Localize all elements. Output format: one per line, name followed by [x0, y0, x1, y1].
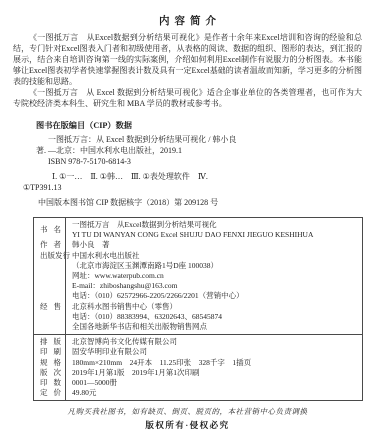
- row-label-char: 售: [54, 302, 62, 312]
- row-label-char: 版: [40, 368, 48, 378]
- row-label-char: 价: [54, 388, 62, 398]
- cip-line: Ⅰ. ①一… Ⅱ. ①韩… Ⅲ. ①表处理软件 Ⅳ.: [52, 171, 357, 182]
- content-line: 北京科水图书销售中心（零售）: [72, 302, 362, 312]
- content-line: （北京市海淀区玉渊潭南路1号D座 100038）: [72, 261, 362, 271]
- copyright-statement: 版权所有·侵权必究: [0, 419, 375, 431]
- row-label-char: 排: [40, 337, 48, 347]
- row-label-char: 定: [40, 388, 48, 398]
- cip-line: 一图抵万言：从 Excel 数据到分析结果可视化 / 韩小良: [48, 134, 357, 145]
- row-label-char: 数: [54, 378, 62, 388]
- row-label-char: 名: [54, 225, 62, 235]
- row-label: 规格: [34, 358, 65, 368]
- content-line: 一图抵万言 从Excel数据到分析结果可视化: [72, 220, 362, 230]
- content-line: E-mail：zhiboshangshu@163.com: [72, 281, 362, 291]
- table-group: 排版北京智博尚书文化传媒有限公司印刷固安华明印业有限公司规格180mm×210m…: [34, 334, 362, 400]
- row-label-char: 作: [40, 240, 48, 250]
- colophon-table: 书名一图抵万言 从Excel数据到分析结果可视化YI TU DI WANYAN …: [33, 217, 363, 401]
- book-copyright-page: 内容简介 《一图抵万言 从Excel数据到分析结果可视化》是作者十余年来Exce…: [0, 0, 375, 434]
- row-label: 印刷: [34, 347, 65, 357]
- row-label: 排版: [34, 337, 65, 347]
- cip-heading: 图书在版编目（CIP）数据: [36, 120, 357, 131]
- summary-paragraph: 《一图抵万言 从 Excel 数据到分析结果可视化》适合企事业单位的各类管理者，…: [13, 87, 362, 109]
- cip-line: 中国版本图书馆 CIP 数据核字（2018）第 209128 号: [38, 197, 357, 208]
- cip-lines: 一图抵万言：从 Excel 数据到分析结果可视化 / 韩小良著. —北京：中国水…: [36, 134, 357, 208]
- row-label-char: 经: [40, 302, 48, 312]
- row-label: 作者: [34, 240, 65, 250]
- content-line: 网址：www.waterpub.com.cn: [72, 271, 362, 281]
- table-row: 印刷固安华明印业有限公司: [34, 347, 362, 357]
- summary-paragraphs: 《一图抵万言 从Excel数据到分析结果可视化》是作者十余年来Excel培训和咨…: [0, 32, 375, 109]
- row-label-char: 刷: [54, 347, 62, 357]
- content-line: 固安华明印业有限公司: [72, 347, 362, 357]
- content-line: 北京智博尚书文化传媒有限公司: [72, 337, 362, 347]
- content-line: 电话：（010）62572966-2205/2266/2201（营销中心）: [72, 291, 362, 301]
- content-line: 49.80元: [72, 388, 362, 398]
- row-label: 定价: [34, 388, 65, 398]
- cip-line: 著. —北京：中国水利水电出版社，2019.1: [36, 145, 357, 156]
- cip-line: ISBN 978-7-5170-6814-3: [48, 156, 357, 167]
- table-row: 版次2019年1月第1版 2019年1月第1次印刷: [34, 368, 362, 378]
- cip-line: ①TP391.13: [23, 182, 357, 193]
- row-label: 版次: [34, 368, 65, 378]
- row-label-char: 发: [55, 251, 63, 261]
- row-content: 0001—5000册: [65, 378, 362, 388]
- content-line: 中国水利水电出版社: [72, 251, 362, 261]
- row-label: 出版发行: [34, 251, 65, 261]
- table-row: 出版发行中国水利水电出版社（北京市海淀区玉渊潭南路1号D座 100038）网址：…: [34, 251, 362, 302]
- content-line: 全国各地新华书店和相关出版物销售网点: [72, 322, 362, 332]
- content-line: 180mm×210mm 24开本 11.25印张 328千字 1插页: [72, 358, 362, 368]
- row-label: 印数: [34, 378, 65, 388]
- table-row: 排版北京智博尚书文化传媒有限公司: [34, 337, 362, 347]
- row-content: 韩小良 著: [65, 240, 362, 250]
- content-line: YI TU DI WANYAN CONG Excel SHUJU DAO FEN…: [72, 230, 362, 240]
- row-label-char: 者: [54, 240, 62, 250]
- row-content: 180mm×210mm 24开本 11.25印张 328千字 1插页: [65, 358, 362, 368]
- row-content: 一图抵万言 从Excel数据到分析结果可视化YI TU DI WANYAN CO…: [65, 220, 362, 240]
- content-line: 2019年1月第1版 2019年1月第1次印刷: [72, 368, 362, 378]
- content-line: 0001—5000册: [72, 378, 362, 388]
- content-line: 电话：（010）88383994、63202643、68545874: [72, 312, 362, 322]
- table-row: 规格180mm×210mm 24开本 11.25印张 328千字 1插页: [34, 358, 362, 368]
- table-group: 书名一图抵万言 从Excel数据到分析结果可视化YI TU DI WANYAN …: [34, 218, 362, 334]
- summary-title: 内容简介: [0, 0, 375, 28]
- row-label-char: 印: [40, 378, 48, 388]
- table-row: 书名一图抵万言 从Excel数据到分析结果可视化YI TU DI WANYAN …: [34, 220, 362, 240]
- cip-section: 图书在版编目（CIP）数据 一图抵万言：从 Excel 数据到分析结果可视化 /…: [36, 120, 357, 208]
- row-content: 北京智博尚书文化传媒有限公司: [65, 337, 362, 347]
- row-label-char: 版: [48, 251, 56, 261]
- row-content: 49.80元: [65, 388, 362, 398]
- content-line: 韩小良 著: [72, 240, 362, 250]
- table-row: 经售北京科水图书销售中心（零售）电话：（010）88383994、6320264…: [34, 302, 362, 333]
- row-content: 中国水利水电出版社（北京市海淀区玉渊潭南路1号D座 100038）网址：www.…: [65, 251, 362, 302]
- row-label-char: 出: [40, 251, 48, 261]
- row-content: 北京科水图书销售中心（零售）电话：（010）88383994、63202643、…: [65, 302, 362, 333]
- summary-paragraph: 《一图抵万言 从Excel数据到分析结果可视化》是作者十余年来Excel培训和咨…: [13, 32, 362, 87]
- row-label: 书名: [34, 225, 65, 235]
- row-label-char: 版: [54, 337, 62, 347]
- row-label-char: 格: [54, 358, 62, 368]
- table-row: 定价49.80元: [34, 388, 362, 398]
- row-label-char: 印: [40, 347, 48, 357]
- footer: 凡购买我社图书，如有缺页、倒页、脱页的，本社营销中心负责调换 版权所有·侵权必究: [0, 406, 375, 431]
- row-content: 2019年1月第1版 2019年1月第1次印刷: [65, 368, 362, 378]
- row-label: 经售: [34, 302, 65, 312]
- row-label-char: 规: [40, 358, 48, 368]
- row-label-char: 书: [40, 225, 48, 235]
- table-row: 作者韩小良 著: [34, 240, 362, 250]
- row-label-char: 次: [54, 368, 62, 378]
- row-content: 固安华明印业有限公司: [65, 347, 362, 357]
- footer-notice: 凡购买我社图书，如有缺页、倒页、脱页的，本社营销中心负责调换: [0, 406, 375, 417]
- table-row: 印数0001—5000册: [34, 378, 362, 388]
